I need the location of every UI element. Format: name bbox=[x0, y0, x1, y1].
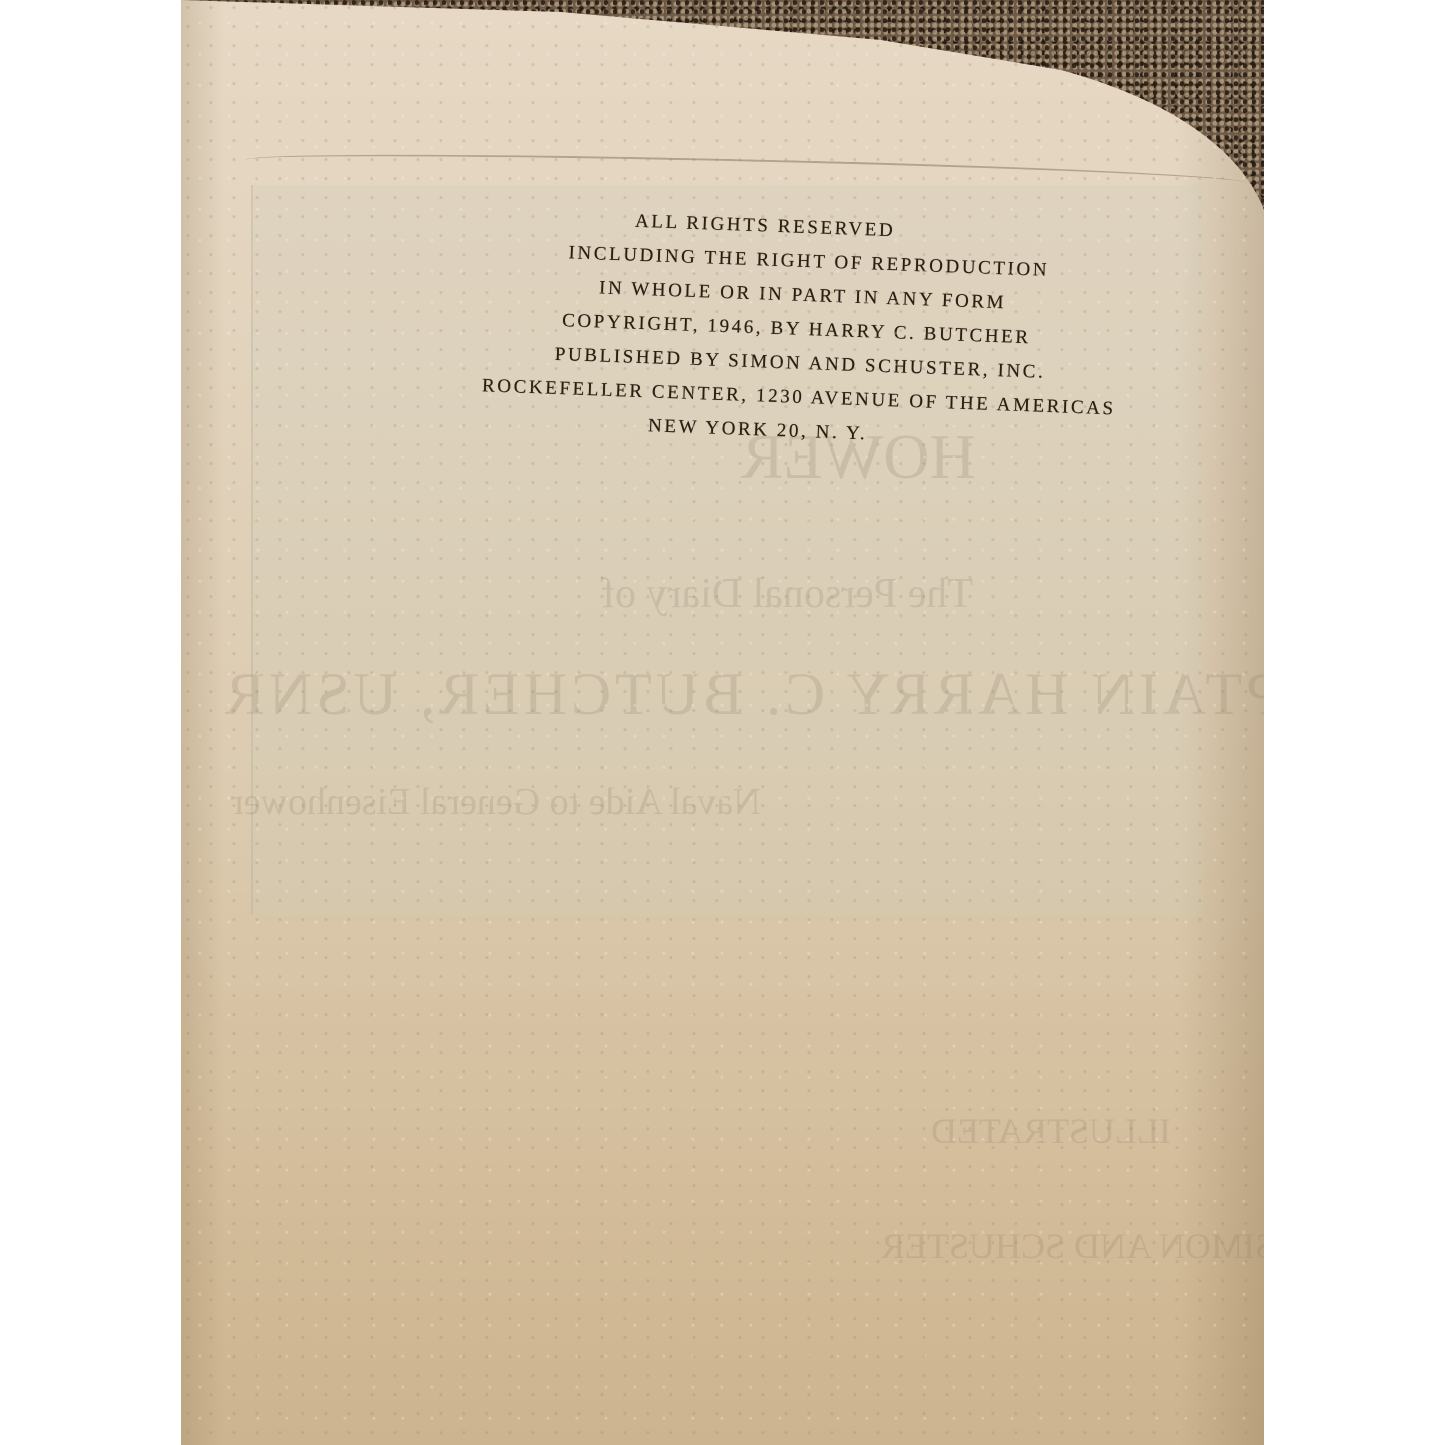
bleed-through-text: SIMON AND SCHUSTER bbox=[881, 1225, 1264, 1267]
bleed-through-text: ILLUSTRATED bbox=[931, 1110, 1171, 1152]
copyright-imprint: ALL RIGHTS RESERVED INCLUDING THE RIGHT … bbox=[362, 195, 1200, 463]
book-page-photo: HOWER The Personal Diary of CAPTAIN HARR… bbox=[181, 0, 1264, 1445]
copyright-page: HOWER The Personal Diary of CAPTAIN HARR… bbox=[181, 0, 1264, 1445]
